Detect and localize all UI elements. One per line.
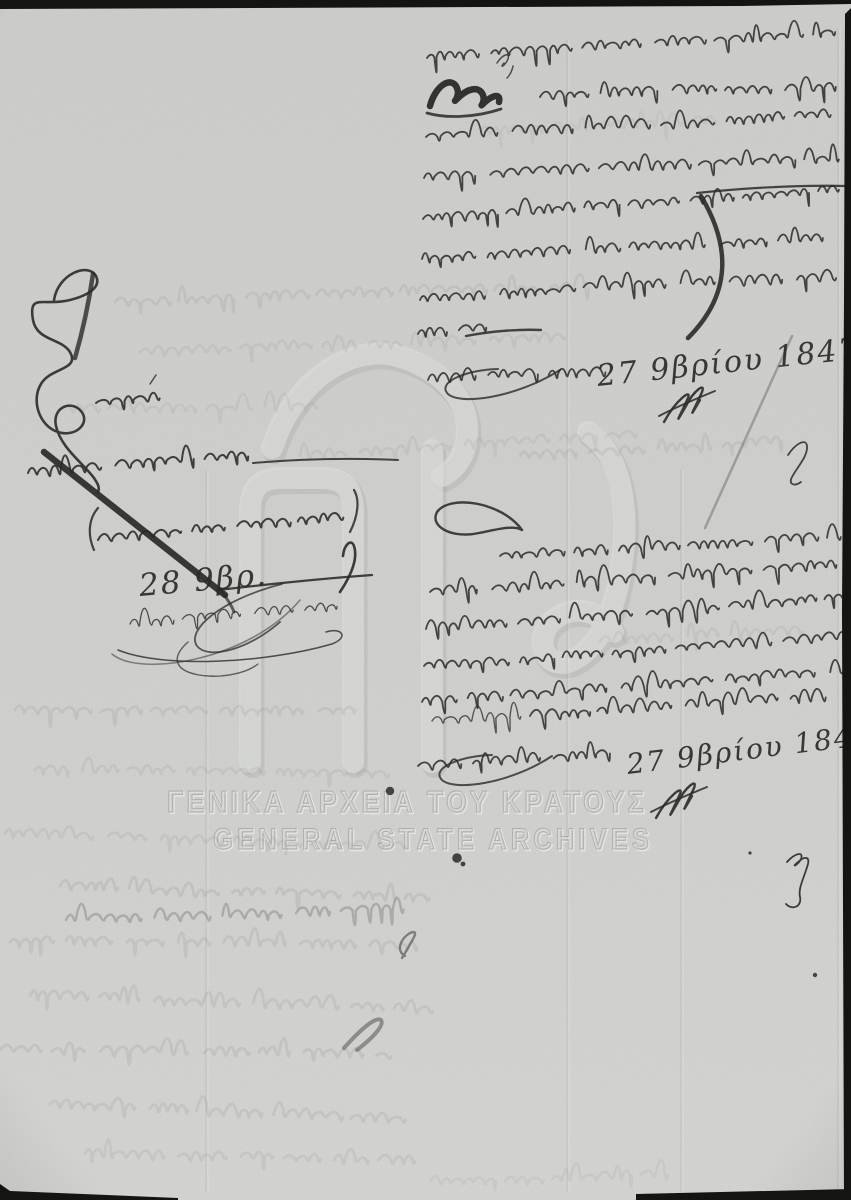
document-scan: ΓΕΝΙΚΑ ΑΡΧΕΙΑ ΤΟΥ ΚΡΑΤΟΥΣ ΓΕΝΙΚΑ ΑΡΧΕΙΑ … bbox=[0, 0, 851, 1200]
vignette-overlay bbox=[0, 0, 851, 1200]
scanned-document-page: ΓΕΝΙΚΑ ΑΡΧΕΙΑ ΤΟΥ ΚΡΑΤΟΥΣ ΓΕΝΙΚΑ ΑΡΧΕΙΑ … bbox=[0, 0, 851, 1200]
